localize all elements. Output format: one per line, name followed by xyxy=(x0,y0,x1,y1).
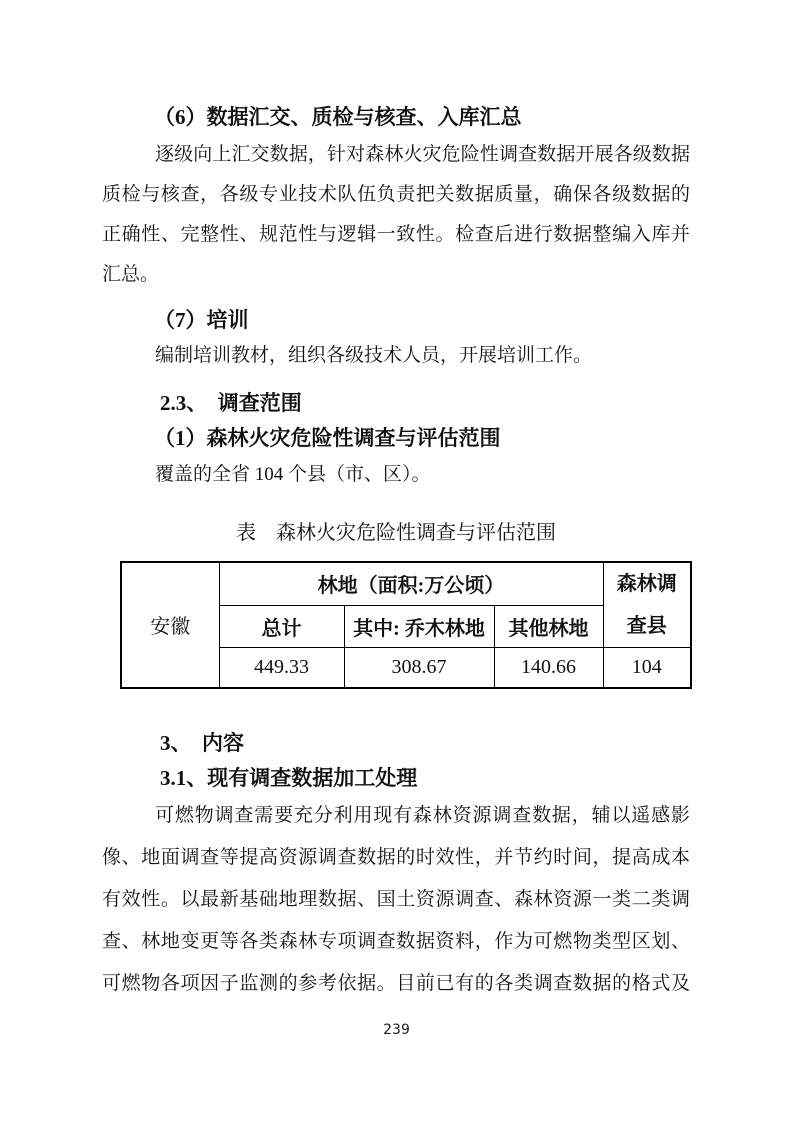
cell-value-total: 449.33 xyxy=(219,648,344,688)
table-caption: 表 森林火灾危险性调查与评估范围 xyxy=(102,521,690,545)
cell-province: 安徽 xyxy=(121,562,219,688)
paragraph-line: 正确性、完整性、规范性与逻辑一致性。检查后进行数据整编入库并 xyxy=(102,223,690,247)
table-row: 安徽 林地（面积:万公顷） 森林调 查县 xyxy=(121,562,691,605)
paragraph-line: 有效性。以最新基础地理数据、国土资源调查、森林资源一类二类调 xyxy=(102,888,690,912)
paragraph-line: 编制培训教材，组织各级技术人员，开展培训工作。 xyxy=(102,344,690,368)
paragraph-line: 查、林地变更等各类森林专项调查数据资料，作为可燃物类型区划、 xyxy=(102,930,690,954)
cell-col-total: 总计 xyxy=(219,605,344,647)
cell-col-other: 其他林地 xyxy=(494,605,603,647)
document-page: （6）数据汇交、质检与核查、入库汇总 逐级向上汇交数据，针对森林火灾危险性调查数… xyxy=(0,0,793,1122)
heading-scope-1: （1）森林火灾危险性调查与评估范围 xyxy=(102,426,690,450)
paragraph-line: 汇总。 xyxy=(102,263,690,287)
heading-section-3-1: 3.1、现有调查数据加工处理 xyxy=(102,766,690,790)
cell-value-arbor: 308.67 xyxy=(344,648,494,688)
heading-section-2-3: 2.3、 调查范围 xyxy=(102,391,690,415)
paragraph-line: 像、地面调查等提高资源调查数据的时效性，并节约时间，提高成本 xyxy=(102,846,690,870)
cell-value-survey-county: 104 xyxy=(603,648,691,688)
heading-section-7: （7）培训 xyxy=(102,308,690,332)
paragraph-line: 逐级向上汇交数据，针对森林火灾危险性调查数据开展各级数据 xyxy=(102,143,690,167)
page-number: 239 xyxy=(0,1022,793,1038)
paragraph-line: 可燃物调查需要充分利用现有森林资源调查数据，辅以遥感影 xyxy=(102,804,690,828)
heading-section-3: 3、 内容 xyxy=(102,731,690,755)
cell-survey-county-header: 森林调 查县 xyxy=(603,562,691,648)
heading-section-6: （6）数据汇交、质检与核查、入库汇总 xyxy=(102,105,690,129)
cell-forest-group-header: 林地（面积:万公顷） xyxy=(219,562,603,605)
paragraph-line: 质检与核查，各级专业技术队伍负责把关数据质量，确保各级数据的 xyxy=(102,183,690,207)
cell-value-other: 140.66 xyxy=(494,648,603,688)
cell-col-arbor: 其中: 乔木林地 xyxy=(344,605,494,647)
scope-table: 安徽 林地（面积:万公顷） 森林调 查县 总计 其中: 乔木林地 其他林地 44… xyxy=(120,561,692,689)
paragraph-line: 可燃物各项因子监测的参考依据。目前已有的各类调查数据的格式及 xyxy=(102,972,690,996)
paragraph-line: 覆盖的全省 104 个县（市、区）。 xyxy=(102,463,690,487)
